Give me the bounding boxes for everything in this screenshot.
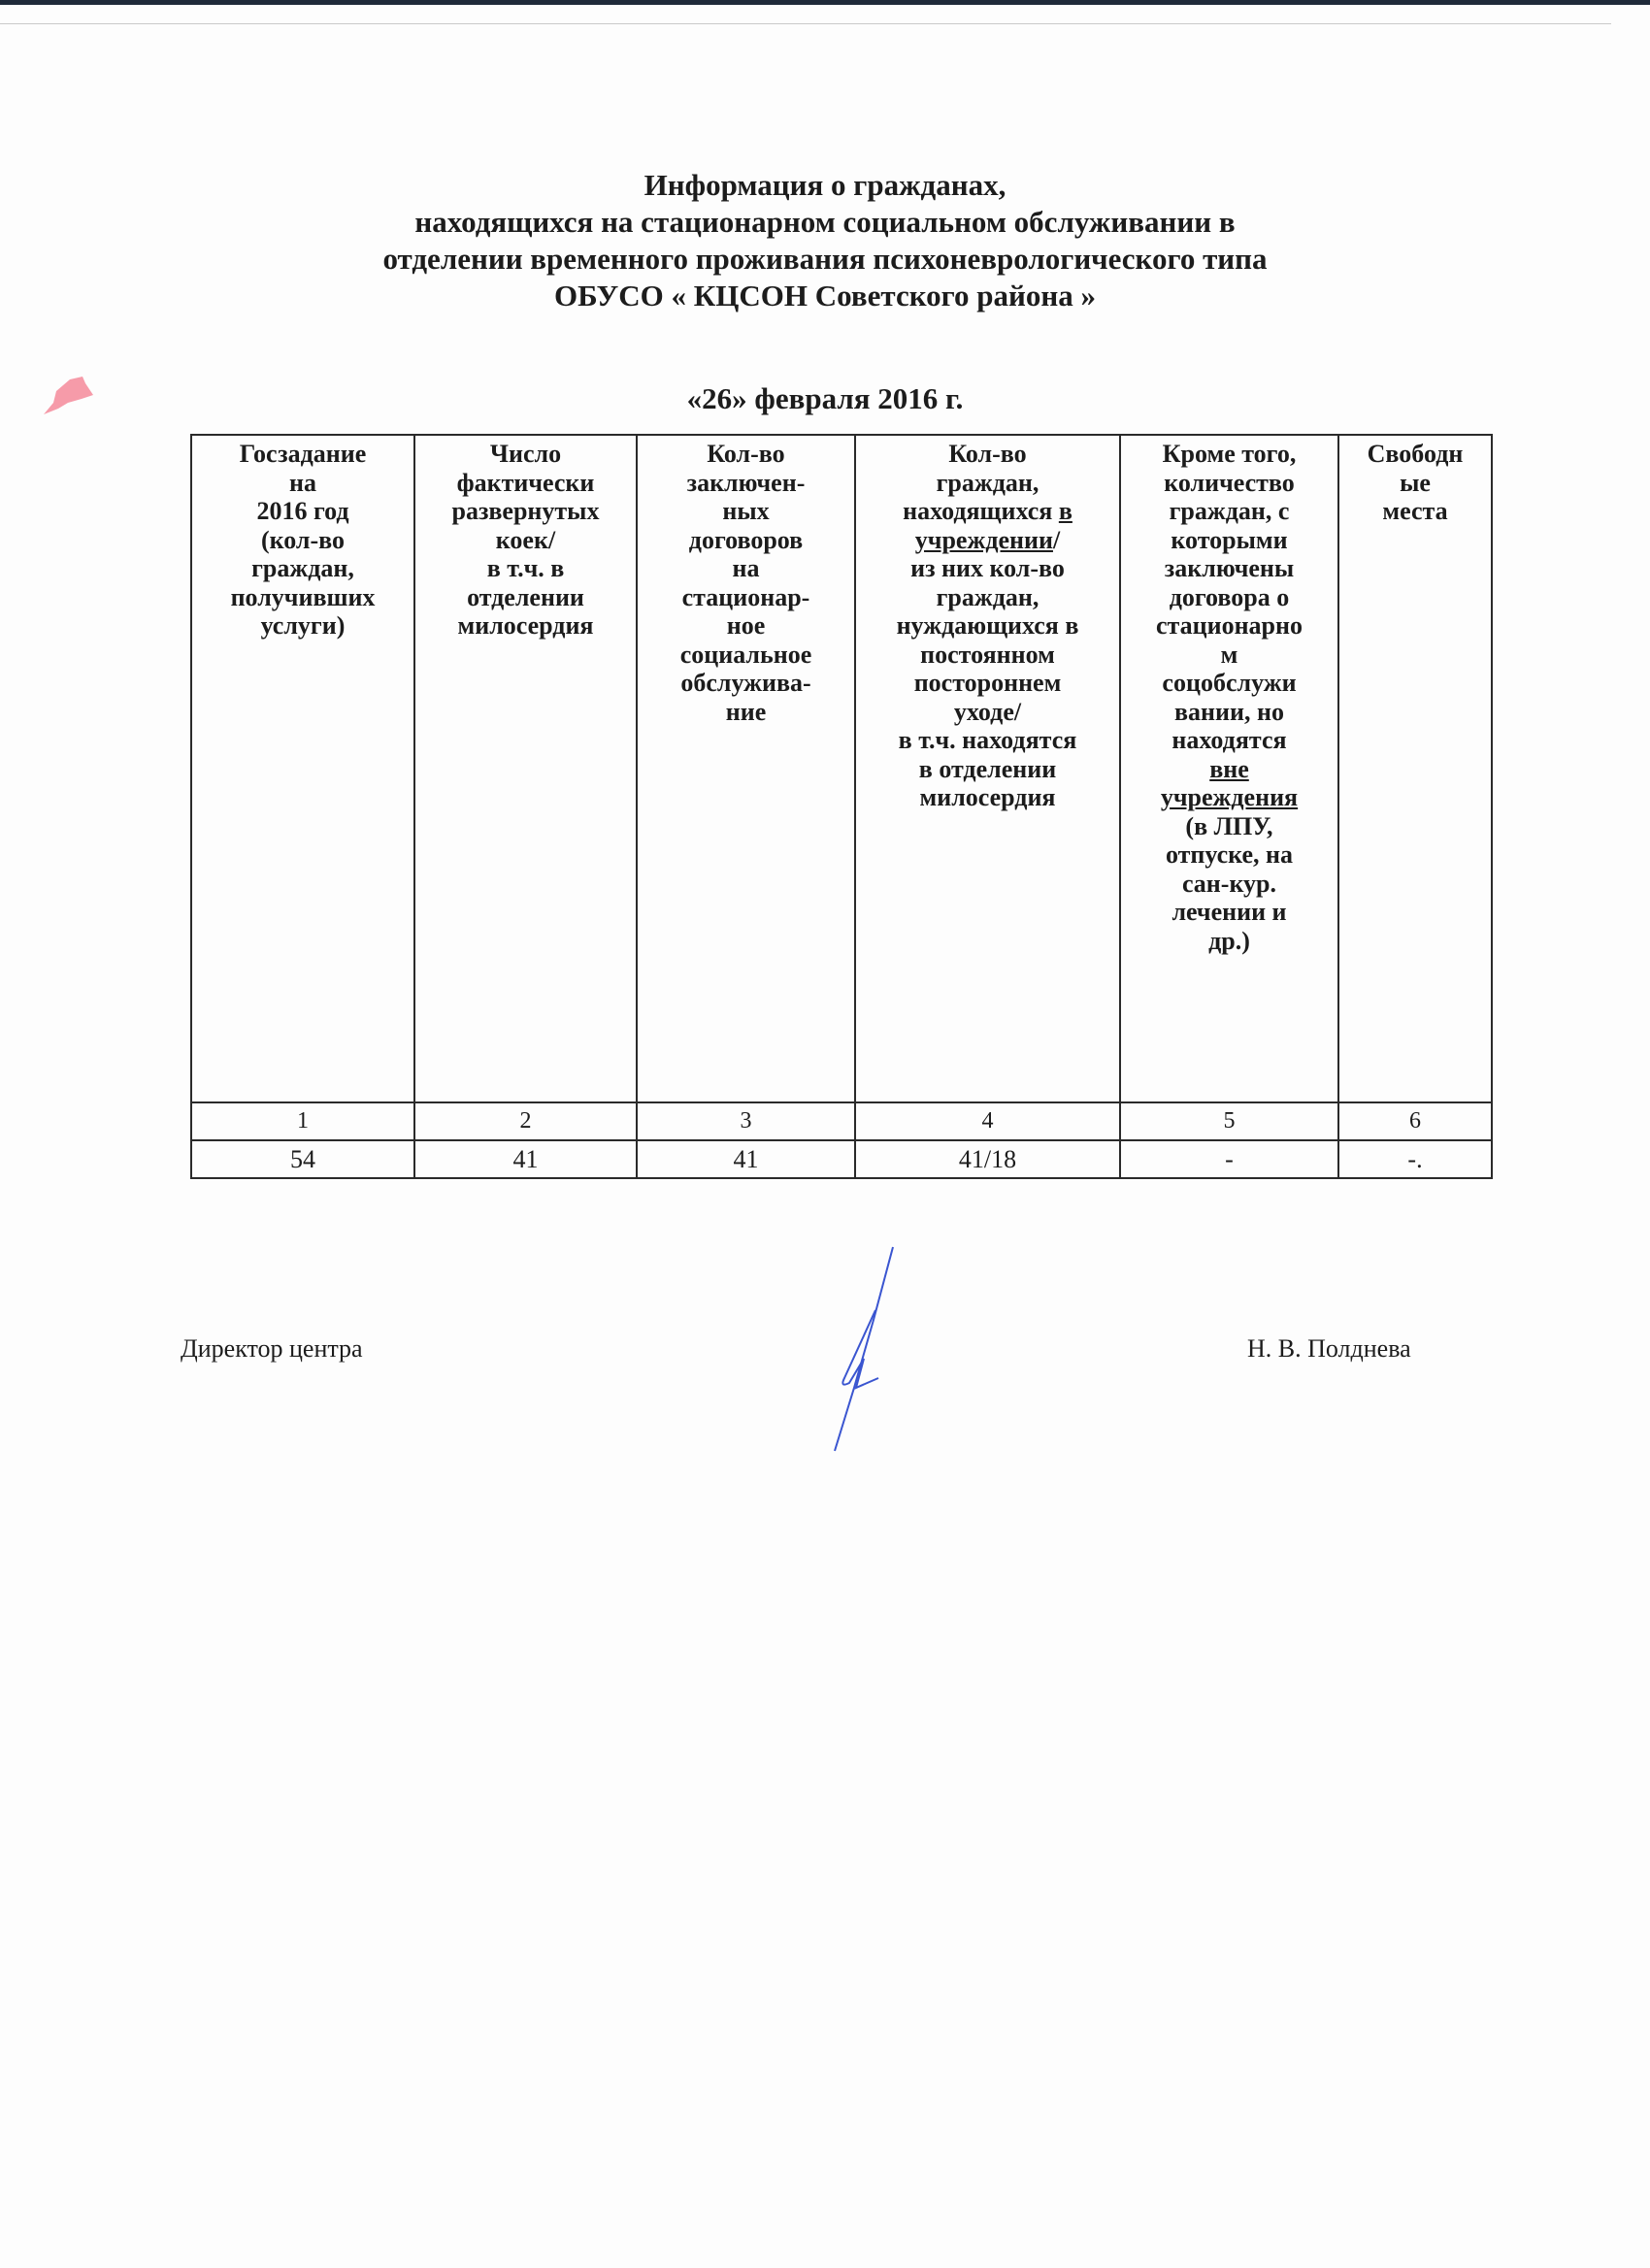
- value-cell: 41: [637, 1140, 855, 1178]
- title-line: ОБУСО « КЦСОН Советского района »: [0, 278, 1650, 314]
- header-line: (кол-во: [194, 526, 412, 555]
- header-line: граждан, с: [1123, 497, 1336, 526]
- value-cell: -.: [1338, 1140, 1492, 1178]
- handwritten-signature: [786, 1242, 961, 1456]
- header-line: находящихся в: [858, 497, 1117, 526]
- header-cell: Свободныеместа: [1338, 435, 1492, 1102]
- header-line: договора о: [1123, 583, 1336, 612]
- column-number: 4: [855, 1102, 1120, 1140]
- header-line: постороннем: [858, 669, 1117, 698]
- table-header-row: Госзаданиена2016 год(кол-вограждан,получ…: [191, 435, 1492, 1102]
- header-line: на: [640, 554, 852, 583]
- header-line: в т.ч. находятся: [858, 726, 1117, 755]
- column-number-row: 1 2 3 4 5 6: [191, 1102, 1492, 1140]
- header-line: получивших: [194, 583, 412, 612]
- scan-edge: [0, 0, 1650, 5]
- header-line: постоянном: [858, 641, 1117, 670]
- header-line: коек/: [417, 526, 634, 555]
- header-line: развернутых: [417, 497, 634, 526]
- header-line: стационар-: [640, 583, 852, 612]
- header-line: (в ЛПУ,: [1123, 812, 1336, 841]
- title-line: отделении временного проживания психонев…: [0, 241, 1650, 278]
- header-cell: Кол-возаключен-ныхдоговоровнастационар-н…: [637, 435, 855, 1102]
- value-cell: 41/18: [855, 1140, 1120, 1178]
- header-line: соцобслужи: [1123, 669, 1336, 698]
- header-line: Кол-во: [640, 440, 852, 469]
- header-line: 2016 год: [194, 497, 412, 526]
- document-date: «26» февраля 2016 г.: [0, 381, 1650, 416]
- header-cell: Госзаданиена2016 год(кол-вограждан,получ…: [191, 435, 414, 1102]
- value-cell: -: [1120, 1140, 1338, 1178]
- header-cell: Кроме того,количествограждан, скоторымиз…: [1120, 435, 1338, 1102]
- header-line: Число: [417, 440, 634, 469]
- header-line: граждан,: [858, 469, 1117, 498]
- header-line: отделении: [417, 583, 634, 612]
- title-line: Информация о гражданах,: [0, 167, 1650, 204]
- header-line: места: [1341, 497, 1489, 526]
- header-line: ние: [640, 698, 852, 727]
- header-line: учреждения: [1123, 783, 1336, 812]
- header-cell: Кол-вограждан,находящихся вучреждении/из…: [855, 435, 1120, 1102]
- header-line: граждан,: [858, 583, 1117, 612]
- header-line: на: [194, 469, 412, 498]
- header-line: социальное: [640, 641, 852, 670]
- signatory-name: Н. В. Полднева: [1247, 1334, 1411, 1364]
- header-line: ное: [640, 611, 852, 641]
- header-cell: Числофактическиразвернутыхкоек/в т.ч. во…: [414, 435, 637, 1102]
- header-line: граждан,: [194, 554, 412, 583]
- header-line: др.): [1123, 927, 1336, 956]
- header-line: отпуске, на: [1123, 840, 1336, 870]
- header-line: ных: [640, 497, 852, 526]
- header-line: договоров: [640, 526, 852, 555]
- header-line: которыми: [1123, 526, 1336, 555]
- header-line: нуждающихся в: [858, 611, 1117, 641]
- header-line: вании, но: [1123, 698, 1336, 727]
- header-line: ые: [1341, 469, 1489, 498]
- header-line: стационарно: [1123, 611, 1336, 641]
- header-line: Свободн: [1341, 440, 1489, 469]
- header-line: заключен-: [640, 469, 852, 498]
- column-number: 2: [414, 1102, 637, 1140]
- scan-artifact-line: [0, 23, 1611, 24]
- header-line: фактически: [417, 469, 634, 498]
- header-line: количество: [1123, 469, 1336, 498]
- header-line: сан-кур.: [1123, 870, 1336, 899]
- info-table: Госзаданиена2016 год(кол-вограждан,получ…: [190, 434, 1493, 1179]
- value-cell: 41: [414, 1140, 637, 1178]
- header-line: учреждении/: [858, 526, 1117, 555]
- header-line: обслужива-: [640, 669, 852, 698]
- signatory-position: Директор центра: [181, 1334, 363, 1364]
- value-cell: 54: [191, 1140, 414, 1178]
- header-line: в отделении: [858, 755, 1117, 784]
- header-line: уходе/: [858, 698, 1117, 727]
- header-line: Кол-во: [858, 440, 1117, 469]
- document-title: Информация о гражданах, находящихся на с…: [0, 167, 1650, 314]
- column-number: 1: [191, 1102, 414, 1140]
- header-line: из них кол-во: [858, 554, 1117, 583]
- header-line: услуги): [194, 611, 412, 641]
- header-line: заключены: [1123, 554, 1336, 583]
- header-line: милосердия: [417, 611, 634, 641]
- header-line: м: [1123, 641, 1336, 670]
- header-line: Госзадание: [194, 440, 412, 469]
- header-line: лечении и: [1123, 898, 1336, 927]
- column-number: 5: [1120, 1102, 1338, 1140]
- header-line: вне: [1123, 755, 1336, 784]
- title-line: находящихся на стационарном социальном о…: [0, 204, 1650, 241]
- column-number: 3: [637, 1102, 855, 1140]
- header-line: в т.ч. в: [417, 554, 634, 583]
- header-line: милосердия: [858, 783, 1117, 812]
- table-row: 54 41 41 41/18 - -.: [191, 1140, 1492, 1178]
- column-number: 6: [1338, 1102, 1492, 1140]
- header-line: находятся: [1123, 726, 1336, 755]
- header-line: Кроме того,: [1123, 440, 1336, 469]
